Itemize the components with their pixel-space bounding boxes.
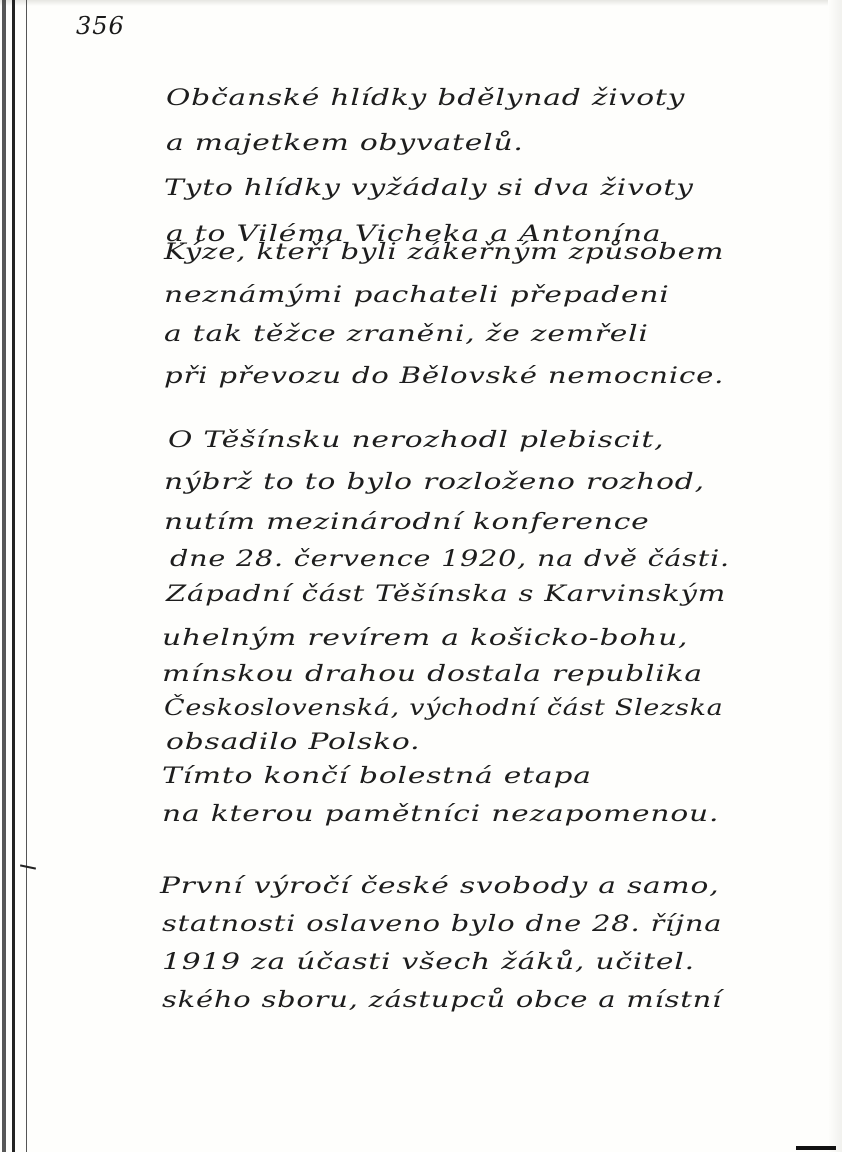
text-line: nutím mezinárodní konference (164, 510, 650, 535)
text-line: O Těšínsku nerozhodl plebiscit, (168, 428, 664, 453)
text-line: Tyto hlídky vyžádaly si dva životy (164, 176, 694, 201)
scan-bottom-mark (796, 1146, 836, 1150)
text-line: obsadilo Polsko. (166, 730, 420, 755)
margin-pen-mark (20, 864, 36, 869)
page-number: 356 (76, 12, 125, 40)
page-right-edge (828, 0, 842, 1152)
text-line: ského sboru, zástupců obce a místní (162, 988, 722, 1013)
text-line: dne 28. července 1920, na dvě části. (170, 547, 730, 572)
text-line: neznámými pachateli přepadeni (164, 283, 670, 308)
scan-top-shadow (0, 0, 842, 6)
text-line: při převozu do Bělovské nemocnice. (164, 364, 724, 389)
binding-edge-line (12, 0, 15, 1152)
text-line: a tak těžce zraněni, že zemřeli (164, 322, 649, 347)
text-line: První výročí české svobody a samo, (160, 874, 719, 899)
scanned-manuscript-page: 356 Občanské hlídky bdělynad životy a ma… (0, 0, 842, 1152)
text-line: na kterou pamětníci nezapomenou. (162, 802, 719, 827)
text-line: statnosti oslaveno bylo dne 28. října (162, 912, 722, 937)
text-line: mínskou drahou dostala republika (162, 662, 703, 687)
binding-edge-line (26, 0, 27, 1152)
text-line: Československá, východní část Slezska (164, 696, 723, 721)
text-line: Občanské hlídky bdělynad životy (166, 86, 685, 111)
text-line: Kýze, kteří byli zákeřným způsobem (164, 240, 724, 265)
text-line: uhelným revírem a košicko-bohu, (162, 626, 688, 651)
text-line: nýbrž to to bylo rozloženo rozhod, (164, 470, 705, 495)
text-line: Tímto končí bolestná etapa (162, 764, 592, 789)
text-line: Západní část Těšínska s Karvinským (166, 582, 726, 607)
binding-edge-line (2, 0, 6, 1152)
text-line: a majetkem obyvatelů. (166, 131, 524, 156)
text-line: 1919 za účasti všech žáků, učitel. (162, 950, 695, 975)
